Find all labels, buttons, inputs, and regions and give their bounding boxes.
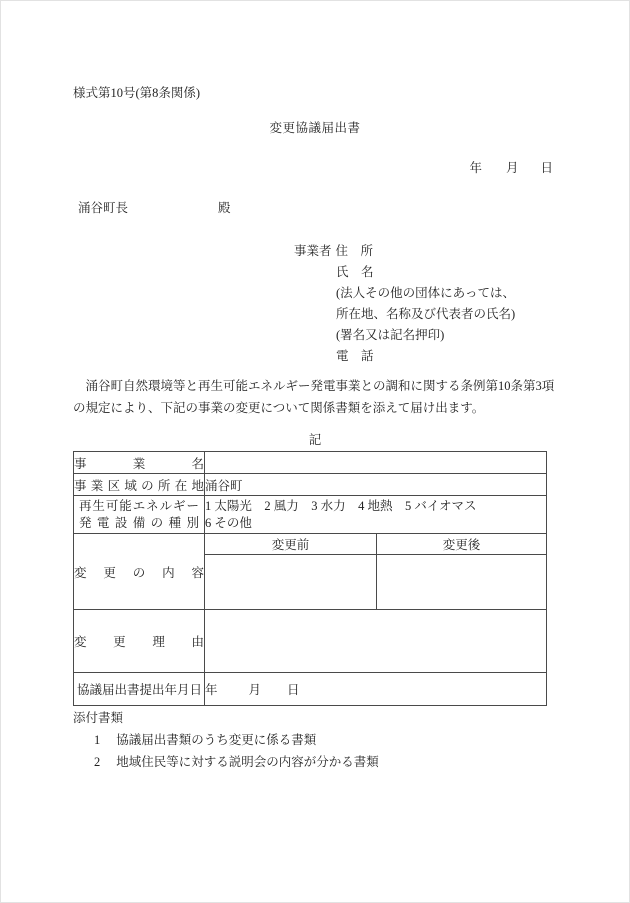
date-month-label: 月 xyxy=(506,161,519,175)
submission-month-label: 月 xyxy=(249,683,262,697)
business-name-label: 事業名 xyxy=(74,452,205,474)
energy-type-label: 再生可能エネルギー 発電設備の種別 xyxy=(74,496,205,534)
body-paragraph-line1: 涌谷町自然環境等と再生可能エネルギー発電事業との調和に関する条例第10条第3項 xyxy=(73,375,557,397)
change-after-cell xyxy=(377,555,547,610)
attachments-heading: 添付書類 xyxy=(73,712,557,725)
form-table: 事業名 事業区域の所在地 涌谷町 再生可能エネルギー 発電設備の種別 1 太陽光… xyxy=(73,451,547,706)
change-before-cell xyxy=(205,555,377,610)
attachment-item-2: 2地域住民等に対する説明会の内容が分かる書類 xyxy=(94,756,557,769)
applicant-note-3: (署名又は記名押印) xyxy=(336,325,557,346)
row-submission-date: 協議届出書提出年月日 年月日 xyxy=(74,673,547,706)
attachments-block: 添付書類 1協議届出書類のうち変更に係る書類 2地域住民等に対する説明会の内容が… xyxy=(73,712,557,769)
energy-type-options-line2: 6 その他 xyxy=(205,515,546,532)
applicant-name-label: 氏 名 xyxy=(336,262,557,283)
row-energy-type: 再生可能エネルギー 発電設備の種別 1 太陽光 2 風力 3 水力 4 地熱 5… xyxy=(74,496,547,534)
attachment-1-number: 1 xyxy=(94,733,100,747)
energy-type-value-cell: 1 太陽光 2 風力 3 水力 4 地熱 5 バイオマス 6 その他 xyxy=(205,496,547,534)
submission-date-cell: 年月日 xyxy=(205,673,547,706)
attachment-2-number: 2 xyxy=(94,755,100,769)
change-reason-cell xyxy=(205,610,547,673)
applicant-prefix: 事業者 xyxy=(294,244,332,258)
addressee-honorific: 殿 xyxy=(218,201,231,215)
submission-day-label: 日 xyxy=(287,683,300,697)
energy-type-label-line1: 再生可能エネルギー xyxy=(74,498,204,515)
energy-type-options-line1: 1 太陽光 2 風力 3 水力 4 地熱 5 バイオマス xyxy=(205,498,546,515)
form-number: 様式第10号(第8条関係) xyxy=(73,87,557,100)
business-name-value-cell xyxy=(205,452,547,474)
date-day-label: 日 xyxy=(540,161,553,175)
applicant-note-2: 所在地、名称及び代表者の氏名) xyxy=(336,304,557,325)
row-change-reason: 変更理由 xyxy=(74,610,547,673)
applicant-address-label: 住 所 xyxy=(336,244,374,258)
submission-date-label: 協議届出書提出年月日 xyxy=(74,673,205,706)
document-page: 様式第10号(第8条関係) 変更協議届出書 年月日 涌谷町長殿 事業者住 所 氏… xyxy=(0,0,630,903)
record-mark: 記 xyxy=(73,434,557,447)
energy-type-label-line2: 発電設備の種別 xyxy=(74,515,204,532)
addressee-line: 涌谷町長殿 xyxy=(73,202,557,215)
applicant-address-line: 事業者住 所 xyxy=(294,241,557,262)
location-value-cell: 涌谷町 xyxy=(205,474,547,496)
change-before-header: 変更前 xyxy=(205,534,377,555)
document-title: 変更協議届出書 xyxy=(73,122,557,135)
attachment-1-text: 協議届出書類のうち変更に係る書類 xyxy=(116,733,316,747)
row-change-content-header: 変更の内容 変更前 変更後 xyxy=(74,534,547,555)
change-reason-label: 変更理由 xyxy=(74,610,205,673)
location-label: 事業区域の所在地 xyxy=(74,474,205,496)
addressee-mayor: 涌谷町長 xyxy=(78,201,128,215)
body-paragraph: 涌谷町自然環境等と再生可能エネルギー発電事業との調和に関する条例第10条第3項 … xyxy=(73,375,557,419)
page-content: 様式第10号(第8条関係) 変更協議届出書 年月日 涌谷町長殿 事業者住 所 氏… xyxy=(1,1,629,769)
change-content-label: 変更の内容 xyxy=(74,534,205,610)
row-location: 事業区域の所在地 涌谷町 xyxy=(74,474,547,496)
change-after-header: 変更後 xyxy=(377,534,547,555)
attachment-item-1: 1協議届出書類のうち変更に係る書類 xyxy=(94,734,557,747)
row-business-name: 事業名 xyxy=(74,452,547,474)
applicant-note-1: (法人その他の団体にあっては、 xyxy=(336,283,557,304)
date-line: 年月日 xyxy=(73,162,557,175)
body-paragraph-line2: の規定により、下記の事業の変更について関係書類を添えて届け出ます。 xyxy=(73,397,557,419)
date-year-label: 年 xyxy=(469,161,482,175)
applicant-phone-label: 電 話 xyxy=(336,346,557,367)
attachment-2-text: 地域住民等に対する説明会の内容が分かる書類 xyxy=(116,755,379,769)
submission-year-label: 年 xyxy=(205,683,218,697)
applicant-block: 事業者住 所 氏 名 (法人その他の団体にあっては、 所在地、名称及び代表者の氏… xyxy=(294,241,557,367)
